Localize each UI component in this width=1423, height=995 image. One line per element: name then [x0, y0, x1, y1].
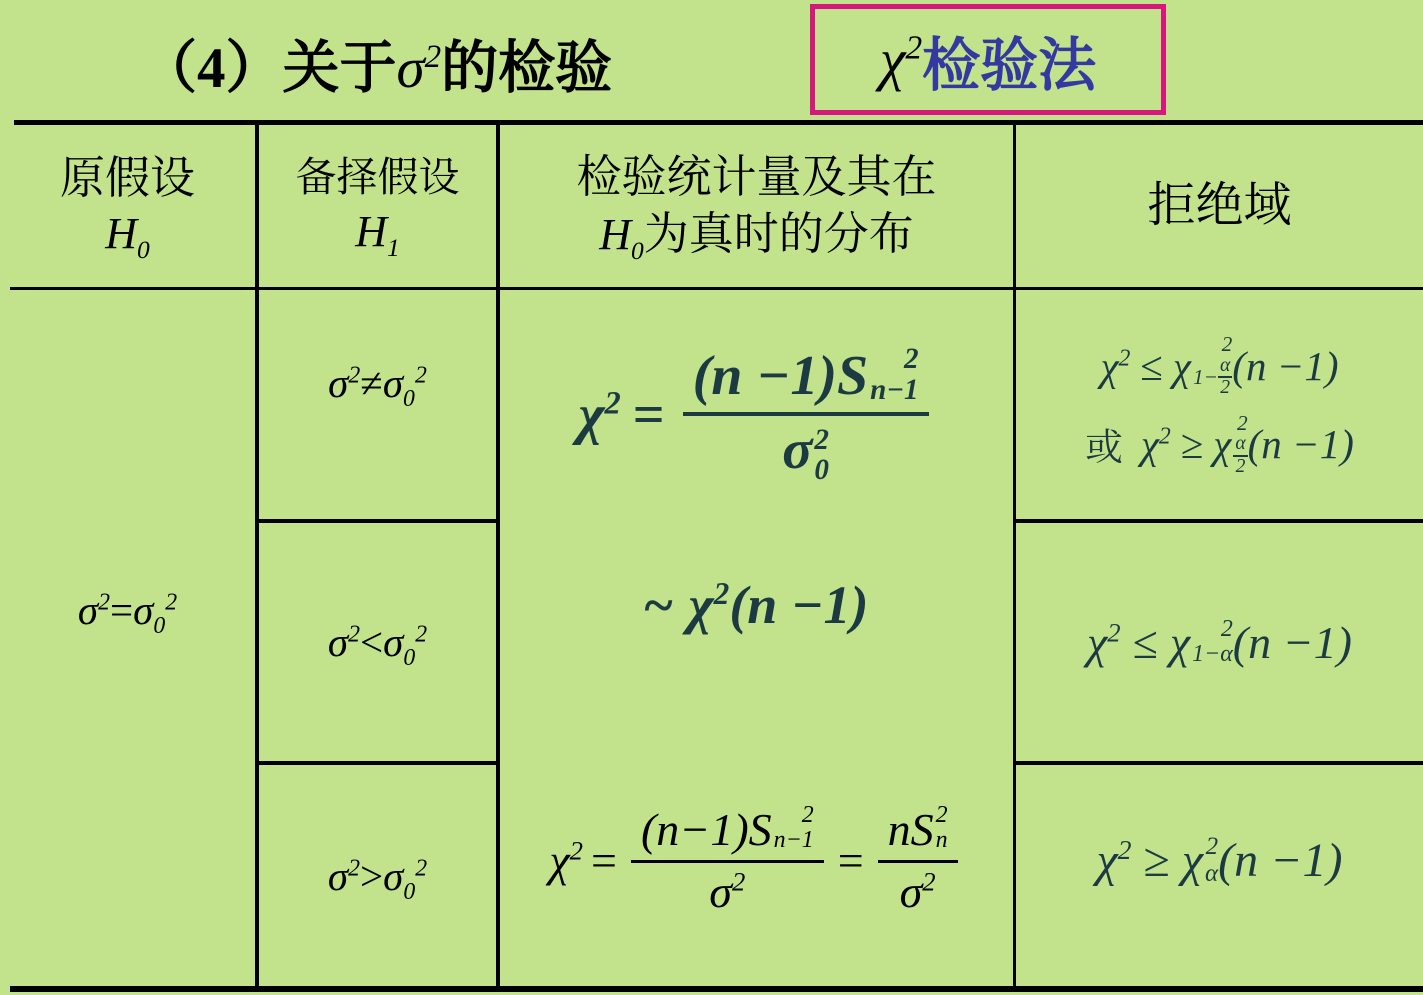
header-null-symbol: H0 — [105, 206, 150, 261]
method-label: 检验法 — [922, 18, 1096, 102]
header-null-label: 原假设 — [60, 150, 195, 206]
cell-statistic-distribution: ~ χ2 (n −1) — [500, 550, 1013, 660]
table-border-bottom — [10, 986, 1423, 992]
rejection-right-sided: χ2 ≥ χ2α (n −1) — [1097, 833, 1343, 888]
rejection-left-sided: χ2 ≤ χ21−α (n −1) — [1087, 616, 1352, 669]
table-border-top — [14, 120, 1423, 125]
cell-alternative-right: σ2>σ02 — [259, 765, 496, 986]
cell-statistic-formula-1: χ2 = (n −1)S2n−1σ20 — [500, 305, 1013, 525]
cell-statistic-formula-2: χ2 = (n−1)S2n−1σ2 = nS2nσ2 — [500, 775, 1013, 945]
cell-rejection-right-sided: χ2 ≥ χ2α (n −1) — [1016, 765, 1423, 986]
header-rejection-region: 拒绝域 — [1016, 128, 1423, 283]
title-text: （4）关于σ2的检验 — [140, 22, 612, 104]
header-alt-symbol: H1 — [355, 204, 400, 259]
header-statistic: 检验统计量及其在 H0为真时的分布 — [500, 128, 1013, 283]
chi-squared-symbol: χ2 — [880, 26, 922, 93]
method-box: χ2 检验法 — [810, 4, 1166, 115]
header-statistic-line2: H0为真时的分布 — [599, 206, 914, 262]
statistic-formula-2: χ2 = (n−1)S2n−1σ2 = nS2nσ2 — [549, 803, 963, 918]
cell-rejection-two-sided: χ2 ≤ χ21−α2 (n −1) 或 χ2 ≥ χ2α2 (n −1) — [1016, 295, 1423, 515]
slide: （4）关于σ2的检验 χ2 检验法 原假设 H0 备择假设 H1 检验统计量及其… — [0, 0, 1423, 995]
slide-title: （4）关于σ2的检验 — [140, 10, 612, 115]
distribution-formula: ~ χ2 (n −1) — [644, 574, 868, 636]
title-sigma: σ2 — [397, 37, 442, 100]
cell-alternative-left: σ2<σ02 — [259, 523, 496, 761]
alternative-formula-1: σ2≠σ02 — [328, 359, 427, 407]
header-statistic-line1: 检验统计量及其在 — [576, 149, 936, 205]
alternative-formula-3: σ2>σ02 — [328, 852, 427, 900]
header-alt-label: 备择假设 — [296, 152, 460, 203]
cell-rejection-left-sided: χ2 ≤ χ21−α (n −1) — [1016, 523, 1423, 761]
header-null-hypothesis: 原假设 H0 — [0, 128, 255, 283]
cell-null-hypothesis: σ2=σ02 — [0, 290, 255, 986]
header-alternative-hypothesis: 备择假设 H1 — [259, 128, 496, 283]
statistic-formula-1: χ2 = (n −1)S2n−1σ20 — [578, 344, 934, 486]
cell-alternative-two-sided: σ2≠σ02 — [259, 290, 496, 519]
rejection-two-sided-line1: χ2 ≤ χ21−α2 (n −1) — [1100, 333, 1338, 398]
alternative-formula-2: σ2<σ02 — [328, 618, 427, 666]
null-hypothesis-formula: σ2=σ02 — [78, 586, 177, 634]
header-rejection-label: 拒绝域 — [1147, 176, 1291, 236]
rejection-two-sided-line2: 或 χ2 ≥ χ2α2 (n −1) — [1085, 412, 1354, 477]
